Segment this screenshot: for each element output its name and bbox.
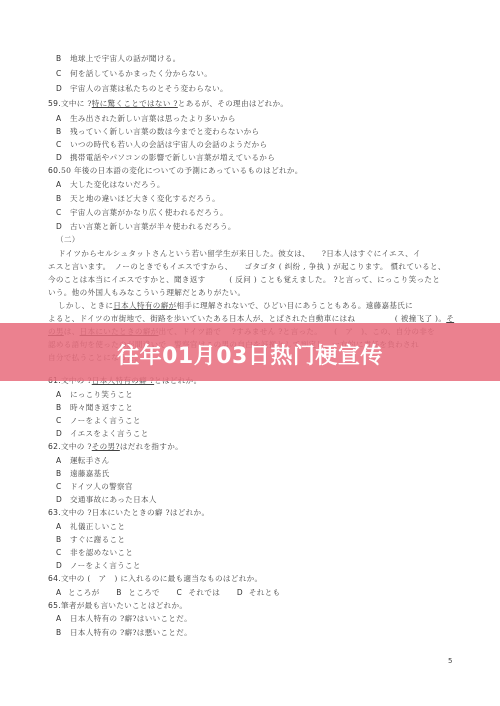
option-text: 携帯電話やパソコンの影響で新しい言葉が増えているから — [70, 153, 275, 162]
option-letter: B — [116, 588, 128, 598]
question-number: 63. — [48, 508, 61, 517]
question-63: 63.文中の ?日本にいたときの癖 ?はどれか。 — [48, 508, 209, 518]
question-64: 64.文中の ( ア ) に入れるのに最も適当なものはどれか。 — [48, 574, 262, 584]
option-text: それとも — [249, 588, 281, 597]
passage-text: しかし、ときに — [58, 301, 113, 310]
option-letter: B — [56, 469, 70, 479]
passage-underlined: そ — [446, 314, 454, 323]
question-number: 59. — [48, 99, 61, 108]
option-letter: D — [237, 588, 249, 598]
promo-banner-text: 往年01月03日热门梗宣传 — [117, 339, 383, 370]
option-letter: C — [56, 416, 70, 426]
q65-option-a: A日本人特有の ?癖?はいいことだ。 — [56, 614, 192, 624]
q58-option-b: B地球上で宇宙人の話が聞ける。 — [56, 54, 181, 64]
question-number: 62. — [48, 442, 61, 451]
option-text: 非を認めないこと — [70, 548, 133, 557]
q63-option-b: Bすぐに謝ること — [56, 535, 125, 545]
q65-option-b: B日本人特有の ?癖?は悪いことだ。 — [56, 628, 192, 638]
option-letter: C — [177, 588, 189, 598]
option-letter: B — [56, 194, 70, 204]
option-text: 交通事故にあった日本人 — [70, 495, 157, 504]
option-text: ドイツ人の警察官 — [70, 482, 133, 491]
question-quote: 特に驚くことではない ? — [92, 99, 178, 108]
option-text: 生み出された新しい言葉は思ったより多いから — [70, 114, 236, 123]
promo-banner: 往年01月03日热门梗宣传 — [0, 323, 500, 381]
q62-option-d: D交通事故にあった日本人 — [56, 495, 157, 505]
q62-option-b: B遠藤嘉基氏 — [56, 469, 109, 479]
passage-line: ドイツからセルシュタットさんという若い留学生が来日した。彼女は、 ?日本人はすぐ… — [58, 249, 421, 259]
passage-line: エスと言います。 ノーのときでもイエスですから、 ゴタゴタ ( 纠纷 , 争执 … — [48, 262, 446, 272]
question-text: 筆者が最も言いたいことはどれか。 — [61, 601, 187, 610]
option-text: ところが — [68, 588, 100, 597]
section-label: （二） — [56, 235, 80, 245]
option-letter: C — [56, 548, 70, 558]
question-60: 60.50 年後の日本語の変化についての予測にあっているものはどれか。 — [48, 166, 303, 176]
option-letter: B — [56, 535, 70, 545]
option-letter: C — [56, 208, 70, 218]
option-text: 天と地の違いほど大きく変化するだろう。 — [70, 194, 220, 203]
option-letter: B — [56, 628, 70, 638]
q63-option-c: C非を認めないこと — [56, 548, 133, 558]
option-letter: D — [56, 429, 70, 439]
option-text: イエスをよく言うこと — [70, 429, 149, 438]
question-text: はだれを指すか。 — [120, 442, 183, 451]
q62-option-a: A運転手さん — [56, 456, 109, 466]
option-text: 宇宙人の言葉がかなり広く使われるだろう。 — [70, 208, 228, 217]
passage-text: よると、ドイツの市街地で、街路を歩いていたある日本人が、とばされた自動車にはね … — [48, 314, 446, 323]
option-letter: A — [56, 180, 70, 190]
option-letter: A — [56, 114, 70, 124]
option-text: にっこり笑うこと — [70, 390, 133, 399]
question-text: とあるが、その理由はどれか。 — [178, 99, 289, 108]
question-59: 59.文中に ?特に驚くことではない ?とあるが、その理由はどれか。 — [48, 99, 288, 109]
option-text: 日本人特有の ?癖?はいいことだ。 — [70, 614, 192, 623]
q59-option-b: B残っていく新しい言葉の数は今までと変わらないから — [56, 127, 259, 137]
q59-option-d: D携帯電話やパソコンの影響で新しい言葉が増えているから — [56, 153, 275, 163]
passage-text: 相手に理解されないで、ひどい目にあうこともある。遠藤嘉基氏に — [176, 301, 413, 310]
option-letter: D — [56, 495, 70, 505]
question-quote: その男? — [92, 442, 120, 451]
q60-option-c: C宇宙人の言葉がかなり広く使われるだろう。 — [56, 208, 228, 218]
q60-option-a: A大した変化はないだろう。 — [56, 180, 165, 190]
option-text: 何を話しているかまったく分からない。 — [70, 69, 212, 78]
option-letter: B — [56, 127, 70, 137]
q58-option-d: D宇宙人の言葉は私たちのとそう変わらない。 — [56, 84, 228, 94]
option-letter: D — [56, 153, 70, 163]
passage-line: 今のことは本当にイエスですかと、聞き返す ( 反问 ) ことも覚えました。 ?と… — [48, 275, 440, 285]
q63-option-d: Dノーをよく言うこと — [56, 561, 141, 571]
question-text: 文中の ( ア ) に入れるのに最も適当なものはどれか。 — [61, 574, 262, 583]
option-letter: A — [56, 522, 70, 532]
question-text: 文中の ?日本にいたときの癖 ?はどれか。 — [61, 508, 209, 517]
q61-option-a: Aにっこり笑うこと — [56, 390, 133, 400]
q61-option-b: B時々聞き返すこと — [56, 403, 133, 413]
question-number: 64. — [48, 574, 61, 583]
option-text: 地球上で宇宙人の話が聞ける。 — [70, 54, 181, 63]
q63-option-a: A礼儀正しいこと — [56, 522, 125, 532]
option-letter: C — [56, 69, 70, 79]
option-letter: C — [56, 140, 70, 150]
option-letter: C — [56, 482, 70, 492]
passage-line: いう。他の外国人もみなこういう理解だとありがたい。 — [48, 288, 245, 298]
question-text: 文中の ? — [61, 442, 92, 451]
question-number: 60. — [48, 166, 61, 175]
option-text: いつの時代も若い人の会話は宇宙人の会話のようだから — [70, 140, 267, 149]
option-letter: D — [56, 84, 70, 94]
option-letter: B — [56, 54, 70, 64]
q59-option-c: Cいつの時代も若い人の会話は宇宙人の会話のようだから — [56, 140, 267, 150]
q59-option-a: A生み出された新しい言葉は思ったより多いから — [56, 114, 236, 124]
option-text: 日本人特有の ?癖?は悪いことだ。 — [70, 628, 192, 637]
option-letter: A — [56, 390, 70, 400]
option-text: すぐに謝ること — [70, 535, 125, 544]
option-letter: B — [56, 403, 70, 413]
question-text: 文中に ? — [61, 99, 92, 108]
q60-option-b: B天と地の違いほど大きく変化するだろう。 — [56, 194, 220, 204]
q58-option-c: C何を話しているかまったく分からない。 — [56, 69, 212, 79]
q60-option-d: D古い言葉と新しい言葉が半々使われるだろう。 — [56, 222, 236, 232]
option-letter: A — [56, 456, 70, 466]
option-text: 大した変化はないだろう。 — [70, 180, 165, 189]
option-letter: D — [56, 561, 70, 571]
option-letter: A — [56, 614, 70, 624]
option-text: 礼儀正しいこと — [70, 522, 125, 531]
passage-line: しかし、ときに日本人特有の癖が相手に理解されないで、ひどい目にあうこともある。遠… — [58, 301, 413, 311]
question-text: 50 年後の日本語の変化についての予測にあっているものはどれか。 — [61, 166, 303, 175]
option-text: ノーをよく言うこと — [70, 561, 141, 570]
question-62: 62.文中の ?その男?はだれを指すか。 — [48, 442, 183, 452]
option-text: ノーをよく言うこと — [70, 416, 141, 425]
option-text: ところで — [128, 588, 160, 597]
q61-option-c: Cノーをよく言うこと — [56, 416, 141, 426]
option-text: 時々聞き返すこと — [70, 403, 133, 412]
page-number: 5 — [448, 657, 452, 665]
option-text: 宇宙人の言葉は私たちのとそう変わらない。 — [70, 84, 228, 93]
q61-option-d: Dイエスをよく言うこと — [56, 429, 149, 439]
question-number: 65. — [48, 601, 61, 610]
q62-option-c: Cドイツ人の警察官 — [56, 482, 133, 492]
option-text: 古い言葉と新しい言葉が半々使われるだろう。 — [70, 222, 236, 231]
option-text: それでは — [189, 588, 221, 597]
question-65: 65.筆者が最も言いたいことはどれか。 — [48, 601, 187, 611]
option-letter: D — [56, 222, 70, 232]
option-text: 残っていく新しい言葉の数は今までと変わらないから — [70, 127, 259, 136]
passage-underlined: 日本人特有の癖が — [113, 301, 176, 310]
option-text: 運転手さん — [70, 456, 109, 465]
option-text: 遠藤嘉基氏 — [70, 469, 109, 478]
q64-options-row: Aところが Bところで Cそれでは Dそれとも — [56, 588, 280, 598]
option-letter: A — [56, 588, 68, 598]
